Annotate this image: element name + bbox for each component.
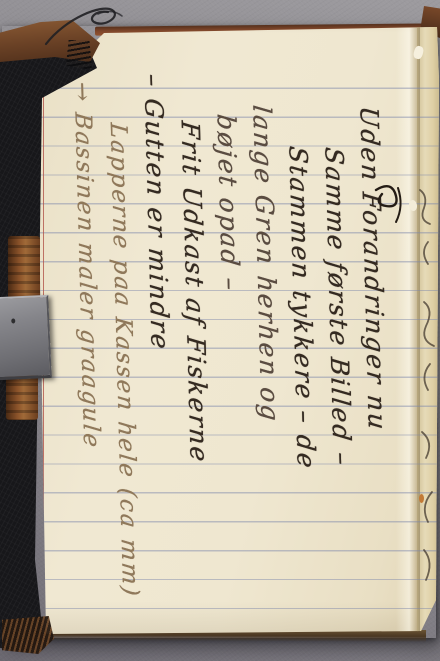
metal-clasp [0, 295, 52, 380]
bleedthrough-strokes [414, 182, 440, 602]
rust-fleck [419, 494, 424, 503]
notebook-page: Uden Forandringer nu Samme første Billed… [0, 0, 440, 661]
ink-flourish [370, 182, 404, 226]
cloth-fringe-bottom [2, 616, 54, 654]
handwriting-block: Uden Forandringer nu Samme første Billed… [63, 54, 399, 607]
stray-fiber [38, 0, 148, 48]
rusted-wood-rail [6, 374, 38, 420]
notebook-photograph: Uden Forandringer nu Samme første Billed… [0, 0, 440, 661]
clasp-rivet [11, 318, 15, 323]
rusted-wood-rail [8, 236, 40, 302]
